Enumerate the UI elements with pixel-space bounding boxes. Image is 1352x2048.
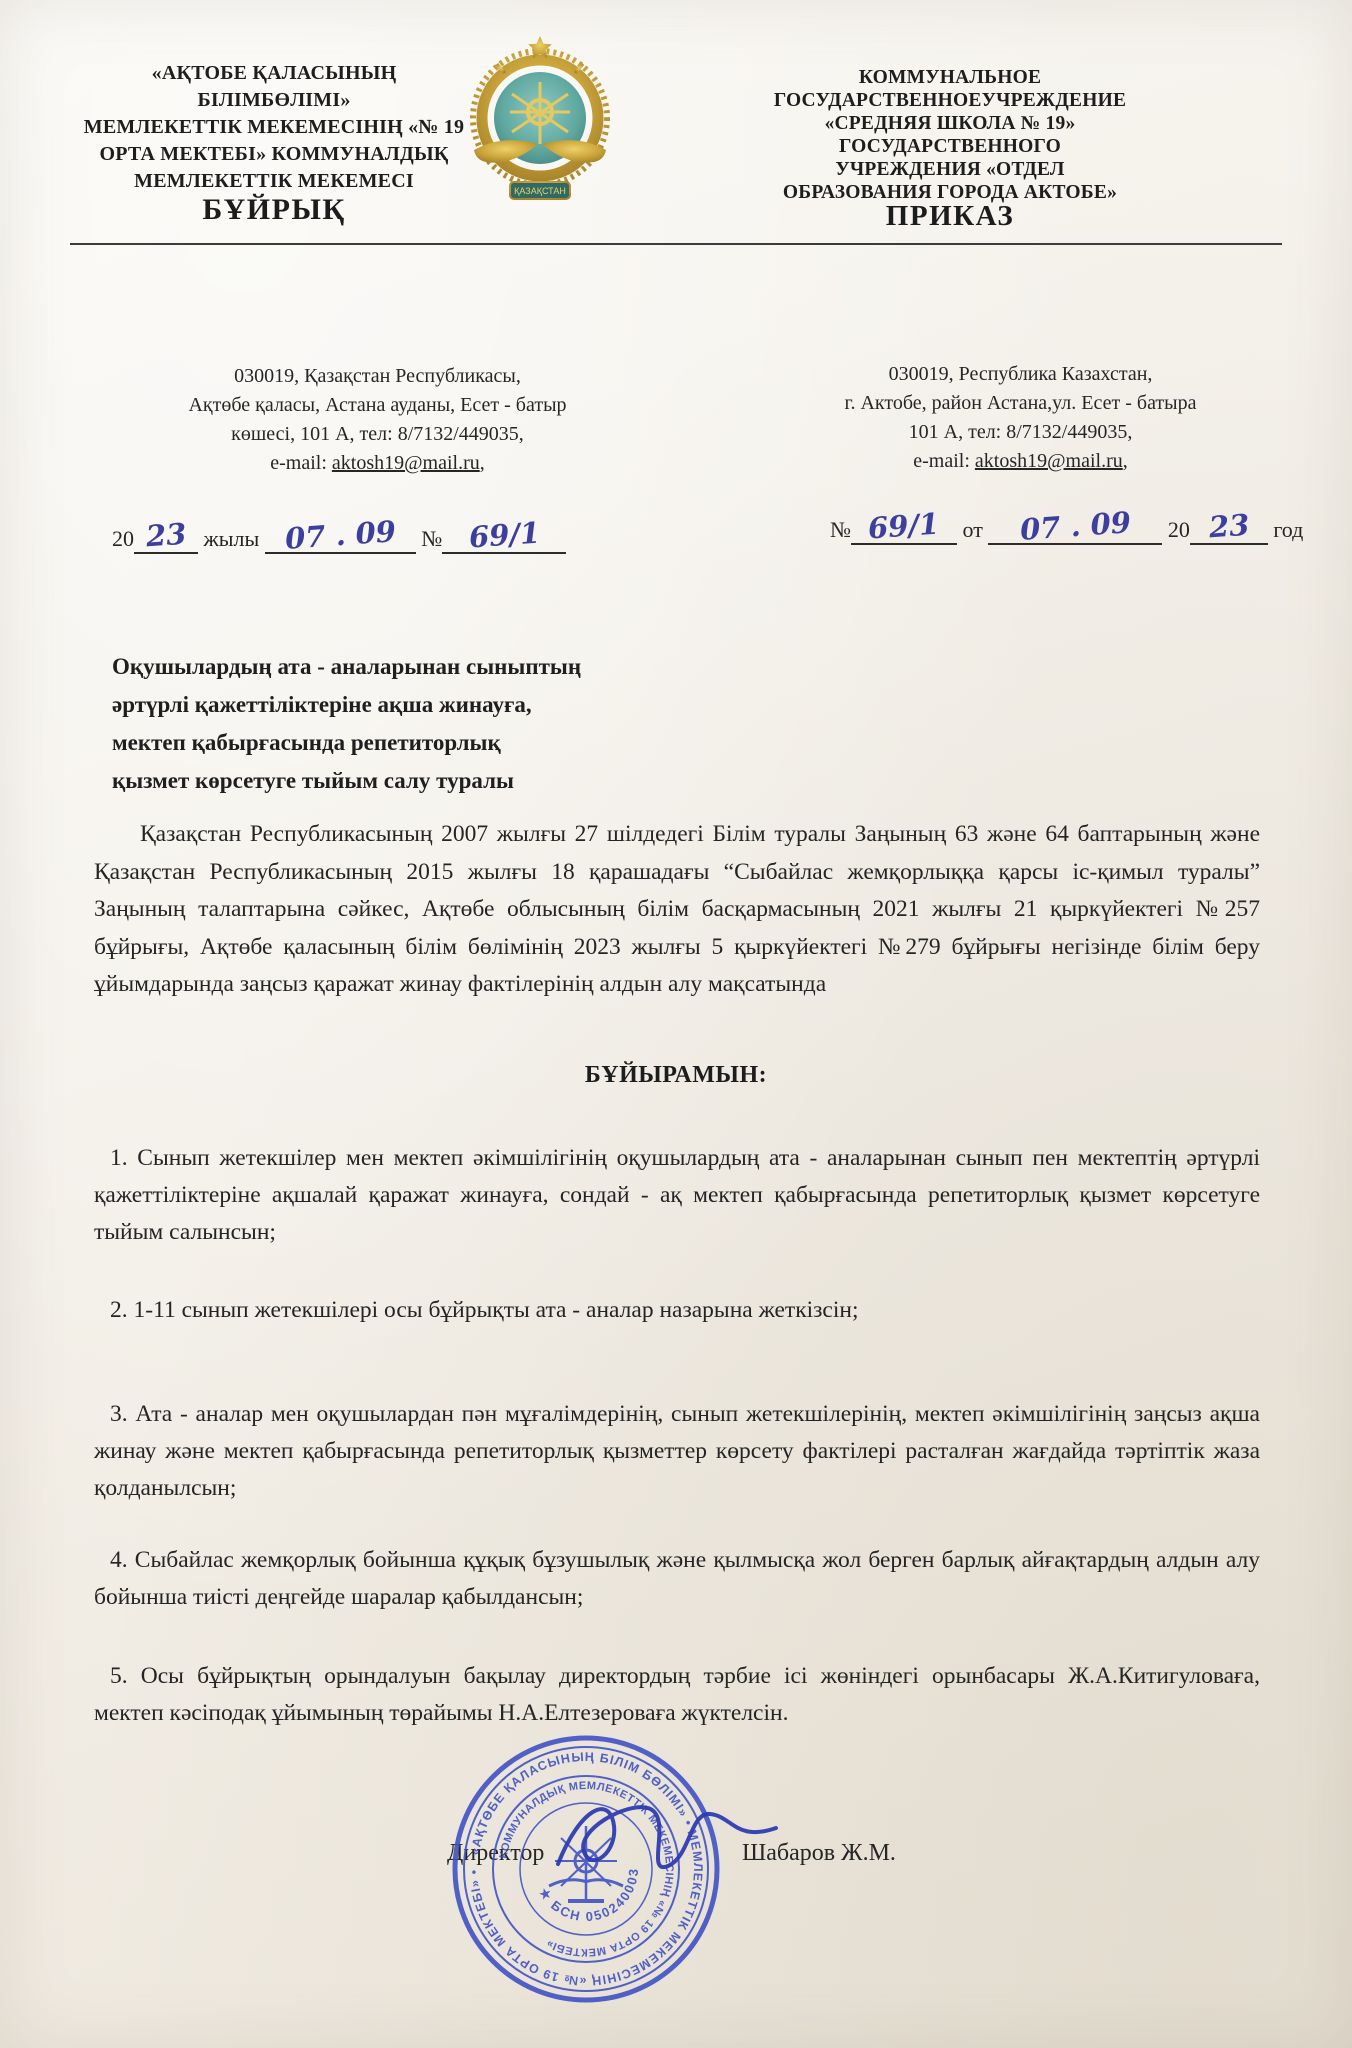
year-field: 23 bbox=[134, 523, 198, 554]
address-kazakh: 030019, Қазақстан Республикасы, Ақтөбе қ… bbox=[105, 362, 650, 478]
number-field: 69/1 bbox=[442, 523, 566, 554]
handwritten-date: 07 . 09 bbox=[284, 518, 397, 552]
order-preamble: Қазақстан Республикасының 2007 жылғы 27 … bbox=[94, 816, 1260, 1004]
year-field: 23 bbox=[1190, 514, 1268, 545]
address-russian-email-line: e-mail: aktosh19@mail.ru, bbox=[768, 447, 1273, 476]
director-signature bbox=[540, 1768, 800, 1908]
order-item-3: 3. Ата - аналар мен оқушылардан пән мұға… bbox=[94, 1396, 1260, 1507]
order-item-1: 1. Сынып жетекшілер мен мектеп әкімшіліг… bbox=[94, 1140, 1260, 1251]
handwritten-number: 69/1 bbox=[868, 511, 941, 542]
doc-type-kazakh: БҰЙРЫҚ bbox=[78, 193, 470, 227]
org-name-russian: КОММУНАЛЬНОЕ ГОСУДАРСТВЕННОЕУЧРЕЖДЕНИЕ «… bbox=[648, 66, 1252, 204]
order-subject: Оқушылардың ата - аналарынан сыныптың әр… bbox=[112, 648, 632, 800]
header-divider bbox=[70, 243, 1282, 245]
number-field: 69/1 bbox=[851, 514, 957, 545]
emblem-country-label: ҚАЗАҚСТАН bbox=[514, 186, 566, 196]
order-heading: БҰЙЫРАМЫН: bbox=[0, 1062, 1352, 1089]
doc-date-number-russian: №69/1 от 07 . 09 2023 год bbox=[830, 514, 1303, 545]
email-address: aktosh19@mail.ru bbox=[975, 450, 1123, 472]
address-russian-lines: 030019, Республика Казахстан, г. Актобе,… bbox=[768, 360, 1273, 447]
kazakhstan-emblem-icon: ҚАЗАҚСТАН bbox=[460, 34, 620, 212]
handwritten-number: 69/1 bbox=[468, 520, 541, 551]
date-field: 07 . 09 bbox=[265, 523, 416, 554]
doc-type-russian: ПРИКАЗ bbox=[648, 200, 1252, 233]
scanned-order-document: «АҚТОБЕ ҚАЛАСЫНЫҢ БІЛІМБӨЛІМІ» МЕМЛЕКЕТТ… bbox=[0, 0, 1352, 2048]
org-name-kazakh: «АҚТОБЕ ҚАЛАСЫНЫҢ БІЛІМБӨЛІМІ» МЕМЛЕКЕТТ… bbox=[78, 60, 470, 195]
address-kazakh-lines: 030019, Қазақстан Республикасы, Ақтөбе қ… bbox=[105, 362, 650, 449]
address-russian: 030019, Республика Казахстан, г. Актобе,… bbox=[768, 360, 1273, 476]
handwritten-year: 23 bbox=[145, 521, 187, 550]
address-kazakh-email-line: e-mail: aktosh19@mail.ru, bbox=[105, 449, 650, 478]
order-item-4: 4. Сыбайлас жемқорлық бойынша құқық бұзу… bbox=[94, 1542, 1260, 1616]
handwritten-date: 07 . 09 bbox=[1019, 509, 1132, 543]
handwritten-year: 23 bbox=[1208, 512, 1250, 541]
doc-date-number-kazakh: 2023 жылы 07 . 09 №69/1 bbox=[112, 523, 566, 554]
order-item-2: 2. 1-11 сынып жетекшілері осы бұйрықты а… bbox=[94, 1292, 1260, 1329]
email-address: aktosh19@mail.ru bbox=[332, 452, 480, 474]
date-field: 07 . 09 bbox=[988, 514, 1162, 545]
